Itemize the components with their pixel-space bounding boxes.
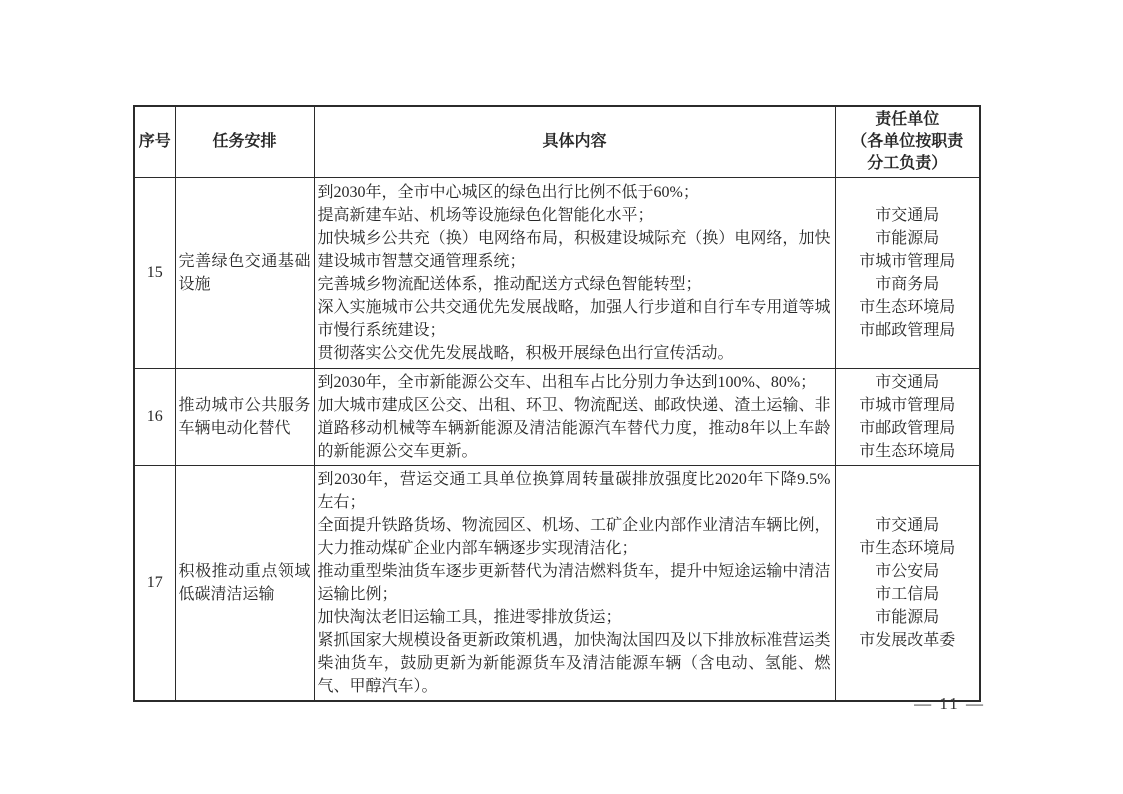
table-row-15: 15 完善绿色交通基础设施 到2030年，全市中心城区的绿色出行比例不低于60%…: [134, 178, 980, 369]
task-name: 完善绿色交通基础设施: [175, 178, 314, 369]
unit-name: 市城市管理局: [838, 250, 978, 273]
content-clause: 紧抓国家大规模设备更新政策机遇，加快淘汰国四及以下排放标准营运类柴油货车，鼓励更…: [318, 629, 831, 698]
content-clause: 到2030年，全市新能源公交车、出租车占比分别力争达到100%、80%；: [318, 371, 831, 394]
task-content: 到2030年，全市中心城区的绿色出行比例不低于60%； 提高新建车站、机场等设施…: [314, 178, 835, 369]
unit-name: 市工信局: [838, 583, 978, 606]
unit-name: 市交通局: [838, 514, 978, 537]
responsible-units: 市交通局 市能源局 市城市管理局 市商务局 市生态环境局 市邮政管理局: [835, 178, 980, 369]
header-unit-line1: 责任单位: [838, 109, 978, 131]
header-responsible-unit: 责任单位 （各单位按职责 分工负责）: [835, 106, 980, 178]
unit-name: 市能源局: [838, 227, 978, 250]
responsible-units: 市交通局 市生态环境局 市公安局 市工信局 市能源局 市发展改革委: [835, 466, 980, 702]
header-content: 具体内容: [314, 106, 835, 178]
task-assignment-table: 序号 任务安排 具体内容 责任单位 （各单位按职责 分工负责） 15 完善绿色交…: [133, 105, 981, 702]
task-content: 到2030年，全市新能源公交车、出租车占比分别力争达到100%、80%； 加大城…: [314, 369, 835, 466]
unit-name: 市邮政管理局: [838, 417, 978, 440]
content-clause: 推动重型柴油货车逐步更新替代为清洁燃料货车，提升中短途运输中清洁运输比例；: [318, 560, 831, 606]
unit-name: 市发展改革委: [838, 629, 978, 652]
task-name: 积极推动重点领域低碳清洁运输: [175, 466, 314, 702]
unit-name: 市生态环境局: [838, 440, 978, 463]
row-number: 15: [134, 178, 175, 369]
content-clause: 到2030年，全市中心城区的绿色出行比例不低于60%；: [318, 181, 831, 204]
table-row-17: 17 积极推动重点领域低碳清洁运输 到2030年，营运交通工具单位换算周转量碳排…: [134, 466, 980, 702]
content-clause: 加快淘汰老旧运输工具，推进零排放货运；: [318, 606, 831, 629]
document-page: 序号 任务安排 具体内容 责任单位 （各单位按职责 分工负责） 15 完善绿色交…: [0, 0, 1123, 794]
page-number: — 11 —: [914, 694, 985, 714]
table-row-16: 16 推动城市公共服务车辆电动化替代 到2030年，全市新能源公交车、出租车占比…: [134, 369, 980, 466]
unit-name: 市交通局: [838, 371, 978, 394]
table-header-row: 序号 任务安排 具体内容 责任单位 （各单位按职责 分工负责）: [134, 106, 980, 178]
content-clause: 深入实施城市公共交通优先发展战略，加强人行步道和自行车专用道等城市慢行系统建设；: [318, 296, 831, 342]
unit-name: 市能源局: [838, 606, 978, 629]
unit-name: 市城市管理局: [838, 394, 978, 417]
row-number: 17: [134, 466, 175, 702]
content-clause: 提高新建车站、机场等设施绿色化智能化水平；: [318, 204, 831, 227]
unit-name: 市交通局: [838, 204, 978, 227]
header-task: 任务安排: [175, 106, 314, 178]
row-number: 16: [134, 369, 175, 466]
unit-name: 市商务局: [838, 273, 978, 296]
unit-name: 市公安局: [838, 560, 978, 583]
content-clause: 完善城乡物流配送体系，推动配送方式绿色智能转型；: [318, 273, 831, 296]
unit-name: 市邮政管理局: [838, 319, 978, 342]
header-unit-line3: 分工负责）: [838, 153, 978, 175]
content-clause: 贯彻落实公交优先发展战略，积极开展绿色出行宣传活动。: [318, 342, 831, 365]
content-clause: 到2030年，营运交通工具单位换算周转量碳排放强度比2020年下降9.5%左右；: [318, 468, 831, 514]
responsible-units: 市交通局 市城市管理局 市邮政管理局 市生态环境局: [835, 369, 980, 466]
header-no: 序号: [134, 106, 175, 178]
unit-name: 市生态环境局: [838, 296, 978, 319]
content-clause: 全面提升铁路货场、物流园区、机场、工矿企业内部作业清洁车辆比例，大力推动煤矿企业…: [318, 514, 831, 560]
task-content: 到2030年，营运交通工具单位换算周转量碳排放强度比2020年下降9.5%左右；…: [314, 466, 835, 702]
task-name: 推动城市公共服务车辆电动化替代: [175, 369, 314, 466]
content-clause: 加大城市建成区公交、出租、环卫、物流配送、邮政快递、渣土运输、非道路移动机械等车…: [318, 394, 831, 463]
unit-name: 市生态环境局: [838, 537, 978, 560]
content-clause: 加快城乡公共充（换）电网络布局，积极建设城际充（换）电网络，加快建设城市智慧交通…: [318, 227, 831, 273]
header-unit-line2: （各单位按职责: [838, 131, 978, 153]
